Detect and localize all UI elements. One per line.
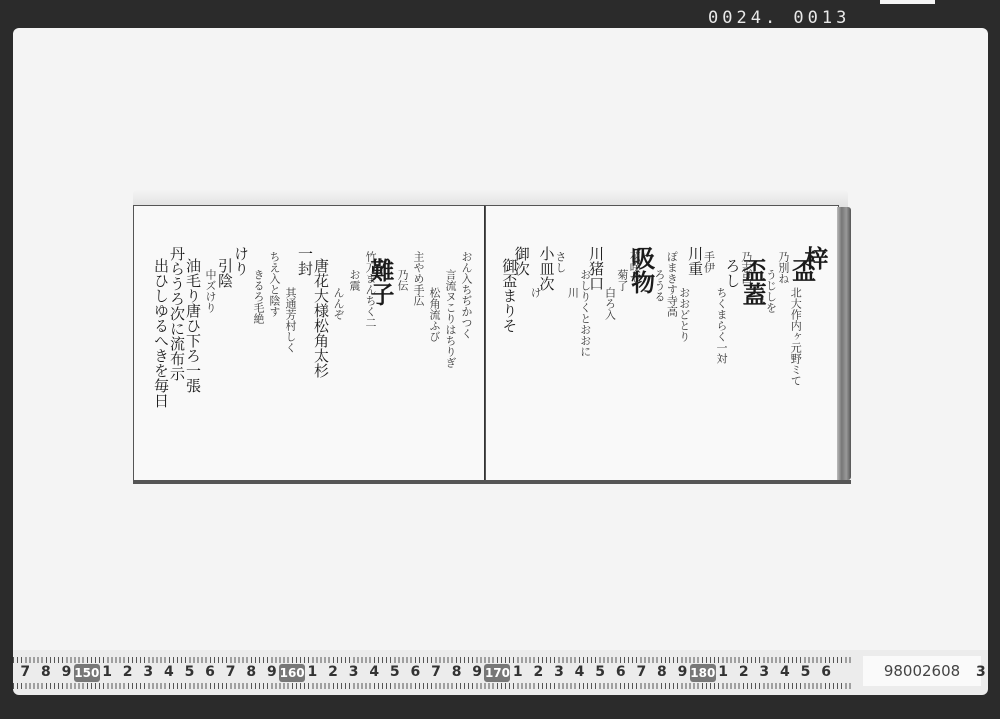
manuscript-column: 乃志呂 <box>741 251 752 284</box>
ruler-number: 4 <box>569 664 590 682</box>
manuscript-column: ちえ入と陰す <box>269 251 280 317</box>
manuscript-column: 中ズけり <box>205 269 216 313</box>
ruler-number: 2 <box>323 664 344 682</box>
manuscript-column: 御盃まりそ <box>501 258 516 333</box>
manuscript-column: 白ろ入 <box>604 287 615 320</box>
left-page: おん入ちぢかつく言流ヌこりはちりぎ松角流ふび主やめ手広乃伝難子竹刀まんちく二お震… <box>133 205 486 482</box>
ruler-number: 2 <box>528 664 549 682</box>
manuscript-column: うじしを <box>765 269 776 313</box>
measuring-ruler: 7891501234567891601234567891701234567891… <box>13 650 988 695</box>
ruler-id-label: 98002608 <box>863 656 981 686</box>
manuscript-column: 花咲で <box>629 251 640 284</box>
manuscript-column: け <box>530 287 541 298</box>
ruler-number: 2 <box>733 664 754 682</box>
manuscript-column: 菊了 <box>617 269 628 291</box>
manuscript-column: 盃 <box>790 258 814 282</box>
manuscript-column: おしりくとおおに <box>580 269 591 357</box>
manuscript-column: ろうる <box>654 269 665 302</box>
ruler-number: 1 <box>713 664 734 682</box>
ruler-numbers: 7891501234567891601234567891701234567891… <box>15 664 836 682</box>
manuscript-column: 言流ヌこりはちりぎ <box>445 269 456 368</box>
manuscript-column: きるろ毛絶 <box>253 269 264 324</box>
ruler-number: 4 <box>159 664 180 682</box>
ruler-number: 5 <box>179 664 200 682</box>
manuscript-column: お震 <box>349 269 360 291</box>
ruler-number: 8 <box>446 664 467 682</box>
ruler-number: 4 <box>775 664 796 682</box>
manuscript-column: 主やめ手広 <box>413 251 424 306</box>
manuscript-column: ちくまらく一対 <box>716 287 727 364</box>
manuscript-column: 川 <box>567 287 578 298</box>
ruler-number: 3 <box>343 664 364 682</box>
manuscript-column: 一封 <box>297 246 312 276</box>
manuscript-column: ぽまきす寺高 <box>666 251 677 317</box>
manuscript-column: 出ひしゆるへきを毎日 <box>153 258 168 408</box>
manuscript-column: おおどとり <box>679 287 690 342</box>
ruler-number: 7 <box>15 664 36 682</box>
ruler-number: 3 <box>549 664 570 682</box>
ruler-number: 7 <box>631 664 652 682</box>
book-bottom-edge <box>133 480 851 484</box>
ruler-number: 1 <box>97 664 118 682</box>
manuscript-column: 川重 <box>687 246 702 276</box>
ruler-number: 5 <box>590 664 611 682</box>
ruler-ticks-bottom <box>13 683 853 689</box>
manuscript-column: おん入ちぢかつく <box>461 251 472 339</box>
ruler-number: 3 <box>754 664 775 682</box>
ruler-number: 5 <box>795 664 816 682</box>
ruler-number: 2 <box>117 664 138 682</box>
ruler-ticks-top <box>13 657 853 663</box>
ruler-number: 7 <box>220 664 241 682</box>
manuscript-column: 乃別ね <box>778 251 789 284</box>
ruler-number: 6 <box>405 664 426 682</box>
manuscript-column: 引陰 <box>217 258 232 288</box>
ruler-number: 1 <box>302 664 323 682</box>
manuscript-column: 北大作内ヶ元野ミて <box>790 287 801 386</box>
manuscript-column: んんぞ <box>333 287 344 320</box>
manuscript-column: 松角流ふび <box>429 287 440 342</box>
ruler-number: 3 <box>138 664 159 682</box>
manuscript-column: けり <box>233 246 248 276</box>
corner-tab <box>880 0 935 4</box>
page-edge <box>837 207 851 480</box>
ruler-number: 7 <box>426 664 447 682</box>
manuscript-column: 唐花大様松角太杉 <box>313 258 328 378</box>
ruler-number: 8 <box>36 664 57 682</box>
frame-counter: 0024. 0013 <box>708 8 850 28</box>
ruler-number: 1 <box>507 664 528 682</box>
ruler-number: 8 <box>652 664 673 682</box>
ruler-number: 6 <box>200 664 221 682</box>
ruler-number: 8 <box>241 664 262 682</box>
manuscript-column: 手伊 <box>704 251 715 273</box>
manuscript-column: さし <box>555 251 566 273</box>
ruler-number: 5 <box>385 664 406 682</box>
right-page: 梓盃北大作内ヶ元野ミて乃別ねうじしを盃蓋乃志呂ろしちくまらく一対手伊川重おおどと… <box>485 205 839 482</box>
ruler-tail-number: 3 <box>976 664 986 680</box>
manuscript-column: ろし <box>724 258 739 288</box>
manuscript-column: 小皿次 <box>539 246 554 291</box>
ruler-number: 4 <box>364 664 385 682</box>
manuscript-column: 油毛り唐ひ下ろ一張 <box>185 258 200 393</box>
manuscript-column: 乃伝 <box>397 269 408 291</box>
ruler-number: 6 <box>816 664 837 682</box>
ruler-number: 6 <box>610 664 631 682</box>
manuscript-column: 竹刀まんちく二 <box>365 251 376 328</box>
manuscript-column: 其通芳村しく <box>285 287 296 353</box>
manuscript-column: 丹らうろ次に流布示 <box>169 246 184 381</box>
